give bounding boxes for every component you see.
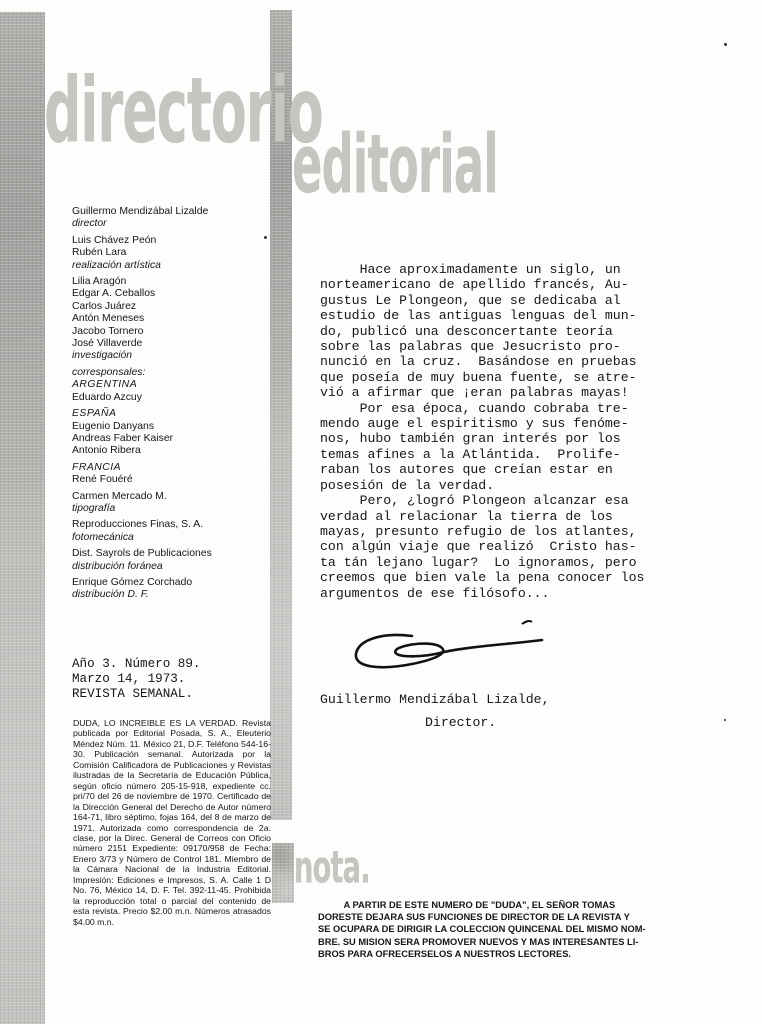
correspondent-country: ESPAÑA <box>72 408 272 420</box>
staff-name: José Villaverde <box>72 338 272 350</box>
staff-directory: Guillermo Mendizábal LizaldedirectorLuis… <box>72 206 272 606</box>
credit-group: Carmen Mercado M.tipografía <box>72 491 272 516</box>
staff-name: Rubén Lara <box>72 247 272 259</box>
nota-heading: nota. <box>294 842 370 894</box>
correspondent-group: FRANCIARené Fouéré <box>72 462 272 487</box>
staff-name: Carlos Juárez <box>72 301 272 313</box>
staff-name: Antón Meneses <box>72 313 272 325</box>
staff-role: fotomecánica <box>72 532 272 544</box>
issue-info: Año 3. Número 89. Marzo 14, 1973. REVIST… <box>72 657 200 702</box>
staff-role: director <box>72 218 272 230</box>
staff-role: distribución foránea <box>72 561 272 573</box>
staff-name: Edgar A. Ceballos <box>72 288 272 300</box>
correspondent-name: Andreas Faber Kaiser <box>72 433 272 445</box>
correspondent-name: René Fouéré <box>72 474 272 486</box>
directorio-heading: directorio <box>44 58 323 163</box>
credit-group: Lilia AragónEdgar A. CeballosCarlos Juár… <box>72 276 272 363</box>
correspondent-country: ARGENTINA <box>72 379 272 391</box>
staff-role: realización artística <box>72 260 272 272</box>
credit-group: Dist. Sayrols de Publicacionesdistribuci… <box>72 548 272 573</box>
staff-name: Dist. Sayrols de Publicaciones <box>72 548 272 560</box>
issue-frequency: REVISTA SEMANAL. <box>72 687 193 701</box>
staff-name: Enrique Gómez Corchado <box>72 577 272 589</box>
issue-number: Año 3. Número 89. <box>72 657 200 671</box>
print-speck <box>264 236 267 239</box>
credit-group: Guillermo Mendizábal Lizaldedirector <box>72 206 272 231</box>
correspondent-name: Eduardo Azcuy <box>72 392 272 404</box>
editorial-heading: editorial <box>292 118 498 212</box>
staff-role: distribución D. F. <box>72 589 272 601</box>
correspondent-name: Antonio Ribera <box>72 445 272 457</box>
issue-date: Marzo 14, 1973. <box>72 672 185 686</box>
nota-body: A PARTIR DE ESTE NUMERO DE "DUDA", EL SE… <box>318 900 714 961</box>
correspondent-name: Eugenio Danyans <box>72 421 272 433</box>
staff-name: Lilia Aragón <box>72 276 272 288</box>
staff-name: Carmen Mercado M. <box>72 491 272 503</box>
signature-name: Guillermo Mendizábal Lizalde, <box>320 692 550 707</box>
correspondents-label: corresponsales: <box>72 367 272 379</box>
left-halftone-strip <box>0 12 45 1024</box>
signature-scribble <box>352 618 552 678</box>
credit-group: Enrique Gómez Corchadodistribución D. F. <box>72 577 272 602</box>
credit-group: Reproducciones Finas, S. A.fotomecánica <box>72 519 272 544</box>
print-speck <box>724 43 727 46</box>
correspondent-group: ESPAÑAEugenio DanyansAndreas Faber Kaise… <box>72 408 272 458</box>
nota-halftone-block <box>272 843 294 903</box>
credit-group: Luis Chávez PeónRubén Lararealización ar… <box>72 235 272 272</box>
print-speck <box>724 719 726 721</box>
staff-name: Guillermo Mendizábal Lizalde <box>72 206 272 218</box>
staff-name: Jacobo Tornero <box>72 326 272 338</box>
staff-name: Reproducciones Finas, S. A. <box>72 519 272 531</box>
publication-legal-notice: DUDA, LO INCREIBLE ES LA VERDAD. Revista… <box>73 718 271 927</box>
correspondent-country: FRANCIA <box>72 462 272 474</box>
staff-role: tipografía <box>72 503 272 515</box>
signature-title: Director. <box>425 715 496 730</box>
correspondent-group: ARGENTINAEduardo Azcuy <box>72 379 272 404</box>
staff-name: Luis Chávez Peón <box>72 235 272 247</box>
staff-role: investigación <box>72 350 272 362</box>
editorial-body: Hace aproximadamente un siglo, un nortea… <box>320 262 720 601</box>
